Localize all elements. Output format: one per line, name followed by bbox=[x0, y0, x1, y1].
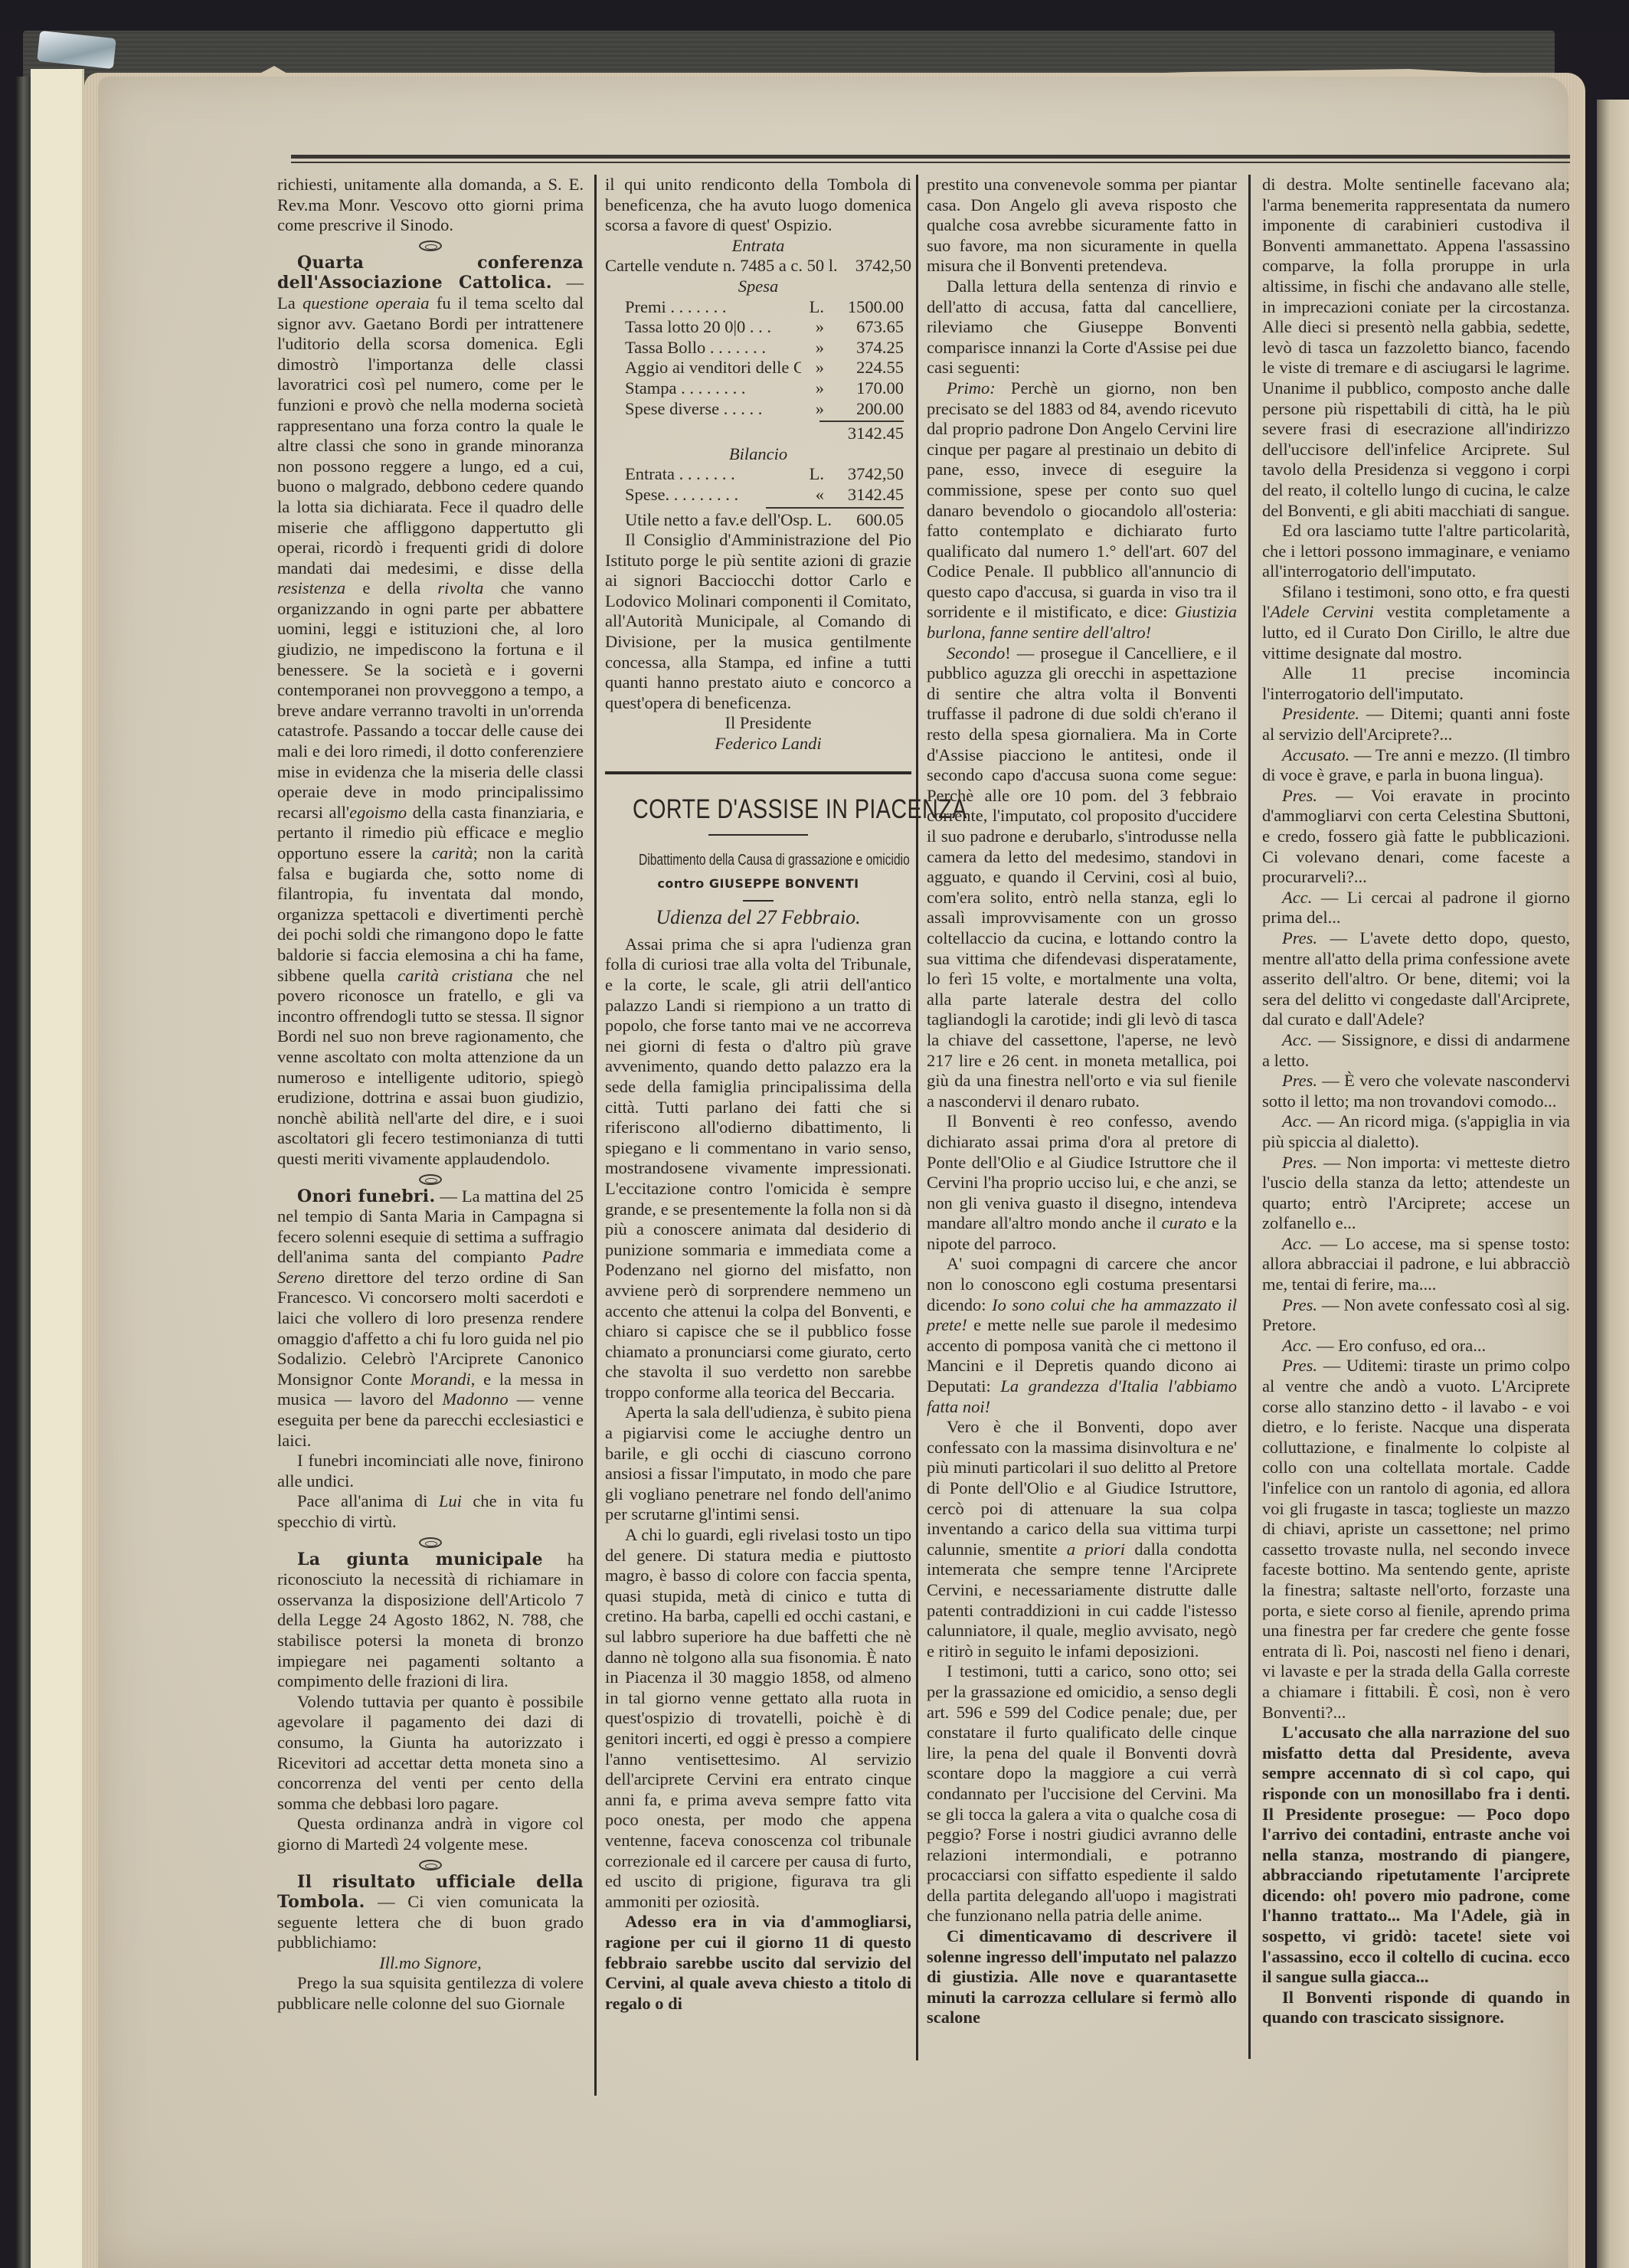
dialogue-line: Acc. — Sissignore, e dissi di andarmene … bbox=[1262, 1030, 1570, 1071]
paragraph: Aperta la sala dell'udienza, è subito pi… bbox=[605, 1402, 911, 1525]
ornament-icon bbox=[419, 1537, 442, 1548]
ledger-label: Cartelle vendute n. 7485 a c. 50 l. bbox=[605, 256, 838, 277]
ledger-currency: » bbox=[801, 378, 824, 399]
section-title: CORTE D'ASSISE IN PIACENZA bbox=[633, 794, 884, 825]
emphasis: Secondo bbox=[947, 643, 1005, 663]
speaker-label: Presidente. bbox=[1282, 704, 1359, 723]
ledger-bilancio-list: Entrata . . . . . . .L.3742,50Spese. . .… bbox=[605, 464, 911, 505]
speaker-label: Acc. bbox=[1282, 1030, 1312, 1049]
column-4: di destra. Molte sentinelle facevano ala… bbox=[1262, 175, 1570, 2028]
ledger-label: Premi . . . . . . . bbox=[625, 297, 801, 318]
emphasis: Adele Cervini bbox=[1270, 602, 1373, 621]
text: Pace all'anima di bbox=[297, 1491, 439, 1510]
ledger-label bbox=[625, 424, 833, 444]
ledger-label: Entrata . . . . . . . bbox=[625, 464, 801, 485]
paragraph: prestito una convenevole somma per piant… bbox=[927, 175, 1237, 277]
emphasis: Madonno bbox=[442, 1389, 508, 1409]
paragraph: il qui unito rendiconto della Tombola di… bbox=[605, 175, 911, 236]
article-headline: Onori funebri. bbox=[297, 1186, 435, 1206]
ledger-label: Stampa . . . . . . . . bbox=[625, 378, 801, 399]
ledger-amount: 3142.45 bbox=[833, 424, 904, 444]
ornament-icon bbox=[419, 1174, 442, 1185]
paragraph: Dalla lettura della sentenza di rinvio e… bbox=[927, 277, 1237, 378]
speaker-label: Acc. bbox=[1282, 1111, 1312, 1131]
emphasis: resistenza bbox=[277, 578, 345, 597]
dialogue-line: Accusato. — Tre anni e mezzo. (Il timbro… bbox=[1262, 745, 1570, 786]
paragraph: Sfilano i testimoni, sono otto, e fra qu… bbox=[1262, 582, 1570, 663]
column-divider bbox=[594, 175, 597, 2096]
ledger-label: Tassa Bollo . . . . . . . bbox=[625, 338, 801, 358]
dialogue-line: Pres. — Voi eravate in procinto d'ammogl… bbox=[1262, 786, 1570, 888]
article-tombola: Il risultato ufficiale della Tombola. — … bbox=[277, 1872, 584, 1953]
ledger-amount: 3742,50 bbox=[833, 464, 904, 485]
ledger-row: Tassa lotto 20 0|0 . . .»673.65 bbox=[605, 317, 911, 338]
ledger-label: Spese diverse . . . . . bbox=[625, 399, 801, 420]
ledger-amount: 200.00 bbox=[833, 399, 904, 420]
paragraph: L'accusato che alla narrazione del suo m… bbox=[1262, 1723, 1570, 1988]
ledger-label: Spese. . . . . . . . . bbox=[625, 485, 801, 506]
ledger-sum-rule bbox=[766, 507, 904, 509]
ledger-row-utile: Utile netto a fav.e dell'Osp. L. 600.05 bbox=[605, 510, 911, 531]
rule-thick bbox=[291, 155, 1570, 159]
ledger-heading-spesa: Spesa bbox=[605, 277, 911, 297]
ledger-amount: 1500.00 bbox=[833, 297, 904, 318]
ledger-amount: 3142.45 bbox=[833, 485, 904, 506]
ledger-currency: » bbox=[801, 317, 824, 338]
text: che vanno organizzando in ogni parte per… bbox=[277, 578, 584, 822]
article-headline: La giunta municipale bbox=[297, 1550, 543, 1569]
dialogue-line: Pres. — L'avete detto dopo, questo, ment… bbox=[1262, 928, 1570, 1030]
ledger-amount: 224.55 bbox=[833, 358, 904, 378]
speaker-label: Pres. bbox=[1282, 1071, 1317, 1090]
rule-thin bbox=[291, 162, 1570, 163]
ledger-currency: L. bbox=[801, 297, 824, 318]
emphasis: Morandi bbox=[411, 1370, 471, 1389]
dialogue-line: Presidente. — Ditemi; quanti anni foste … bbox=[1262, 704, 1570, 745]
paragraph: Ci dimenticavamo di descrivere il solenn… bbox=[927, 1926, 1237, 2028]
dialogue-line: Acc. — An ricord miga. (s'appiglia in vi… bbox=[1262, 1111, 1570, 1152]
ledger-heading-bilancio: Bilancio bbox=[605, 444, 911, 465]
ledger-amount: 170.00 bbox=[833, 378, 904, 399]
paragraph: Alle 11 precise incomincia l'interrogato… bbox=[1262, 663, 1570, 704]
mini-divider bbox=[743, 900, 774, 902]
paragraph: di destra. Molte sentinelle facevano ala… bbox=[1262, 175, 1570, 521]
text: e della bbox=[345, 578, 437, 597]
text: ha riconosciuto la necessità di richiama… bbox=[277, 1550, 584, 1691]
speaker-label: Pres. bbox=[1282, 1295, 1317, 1314]
paragraph: richiesti, unitamente alla domanda, a S.… bbox=[277, 175, 584, 236]
emphasis: egoismo bbox=[349, 803, 407, 822]
text: ; non la carità falsa e bugiarda che, so… bbox=[277, 843, 584, 985]
paragraph: Questa ordinanza andrà in vigore col gio… bbox=[277, 1814, 584, 1854]
ledger-row: Spese. . . . . . . . .«3142.45 bbox=[605, 485, 911, 506]
paragraph: Prego la sua squisita gentilezza di vole… bbox=[277, 1973, 584, 2014]
speaker-label: Pres. bbox=[1282, 786, 1317, 805]
dialogue-text: — Uditemi: tiraste un primo colpo al ven… bbox=[1262, 1356, 1570, 1721]
dialogue-line: Pres. — Non importa: vi metteste dietro … bbox=[1262, 1153, 1570, 1234]
emphasis: carità bbox=[432, 843, 473, 862]
column-divider bbox=[916, 175, 918, 2060]
paragraph: Il Consiglio d'Amministrazione del Pio I… bbox=[605, 530, 911, 713]
article-headline: Quarta conferenza dell'Associazione Catt… bbox=[277, 253, 584, 293]
ledger-currency: « bbox=[801, 485, 824, 506]
text: Vero è che il Bonventi, dopo aver confes… bbox=[927, 1417, 1237, 1559]
paragraph: Vero è che il Bonventi, dopo aver confes… bbox=[927, 1417, 1237, 1661]
ornament-icon bbox=[419, 1860, 442, 1870]
book-spine-edge bbox=[15, 77, 32, 2268]
ledger-row-cartelle: Cartelle vendute n. 7485 a c. 50 l. 3742… bbox=[605, 256, 911, 277]
emphasis: Lui bbox=[439, 1491, 462, 1510]
ledger-row: Spese diverse . . . . .»200.00 bbox=[605, 399, 911, 420]
book-endpaper bbox=[31, 69, 84, 2268]
ledger-currency: L. bbox=[801, 464, 824, 485]
speaker-label: Accusato. bbox=[1282, 745, 1349, 764]
paragraph: Ed ora lasciamo tutte l'altre particolar… bbox=[1262, 521, 1570, 582]
section-subtitle: Dibattimento della Causa di grassazione … bbox=[639, 851, 878, 869]
ledger-label: Aggio ai venditori delle Cart. bbox=[625, 358, 801, 378]
emphasis: Primo: bbox=[947, 378, 996, 398]
emphasis: a priori bbox=[1067, 1540, 1125, 1559]
ledger-row: Stampa . . . . . . . .»170.00 bbox=[605, 378, 911, 399]
paragraph: Secondo! — prosegue il Cancelliere, e il… bbox=[927, 643, 1237, 1112]
ledger-row-total: 3142.45 bbox=[605, 424, 911, 444]
paragraph: I testimoni, tutti a carico, sono otto; … bbox=[927, 1661, 1237, 1926]
ledger-row: Aggio ai venditori delle Cart.»224.55 bbox=[605, 358, 911, 378]
speaker-label: Pres. bbox=[1282, 1153, 1317, 1172]
emphasis: carità cristiana bbox=[397, 966, 513, 985]
emphasis: rivolta bbox=[437, 578, 483, 597]
ledger-amount: 600.05 bbox=[833, 510, 904, 531]
dialogue-line: Pres. — Non avete confessato così al sig… bbox=[1262, 1295, 1570, 1336]
ledger-heading-entrata: Entrata bbox=[605, 236, 911, 257]
dialogue-line: Acc. — Ero confuso, ed ora... bbox=[1262, 1336, 1570, 1357]
scanner-background bbox=[0, 0, 1629, 31]
ledger-row: Premi . . . . . . .L.1500.00 bbox=[605, 297, 911, 318]
ledger-label: Tassa lotto 20 0|0 . . . bbox=[625, 317, 801, 338]
hearing-date: Udienza del 27 Febbraio. bbox=[605, 908, 911, 928]
column-2: il qui unito rendiconto della Tombola di… bbox=[605, 175, 911, 2014]
text: che nel povero riconosce un fratello, e … bbox=[277, 966, 584, 1168]
paragraph: Pace all'anima di Lui che in vita fu spe… bbox=[277, 1491, 584, 1532]
section-divider bbox=[605, 771, 911, 774]
title-underline bbox=[708, 834, 808, 836]
emphasis: questione operaia bbox=[303, 293, 430, 313]
letter-salutation: Ill.mo Signore, bbox=[277, 1953, 584, 1974]
dialogue-text: — Ero confuso, ed ora... bbox=[1312, 1336, 1486, 1355]
masthead-double-rule bbox=[291, 155, 1570, 165]
ledger-row: Entrata . . . . . . .L.3742,50 bbox=[605, 464, 911, 485]
ledger-amount: 673.65 bbox=[833, 317, 904, 338]
ledger-currency: » bbox=[801, 358, 824, 378]
paragraph: Volendo tuttavia per quanto è possibile … bbox=[277, 1692, 584, 1815]
signature-name: Federico Landi bbox=[605, 734, 911, 754]
dialogue-line: Pres. — È vero che volevate nascondervi … bbox=[1262, 1071, 1570, 1111]
article-giunta-municipale: La giunta municipale ha riconosciuto la … bbox=[277, 1550, 584, 1692]
speaker-label: Acc. bbox=[1282, 1336, 1312, 1355]
column-1: richiesti, unitamente alla domanda, a S.… bbox=[277, 175, 584, 2014]
ledger-label: Utile netto a fav.e dell'Osp. L. bbox=[625, 510, 833, 531]
ledger-currency: » bbox=[801, 399, 824, 420]
paragraph: A chi lo guardi, egli rivelasi tosto un … bbox=[605, 1525, 911, 1912]
ledger-amount: 374.25 bbox=[833, 338, 904, 358]
paragraph: Assai prima che si apra l'udienza gran f… bbox=[605, 934, 911, 1403]
ledger-sum-rule bbox=[819, 421, 904, 422]
next-page-edge bbox=[1597, 100, 1629, 2268]
paragraph: Il Bonventi risponde di quando in quando… bbox=[1262, 1988, 1570, 2028]
column-divider bbox=[1248, 175, 1251, 2059]
dialogue-line: Pres. — Uditemi: tiraste un primo colpo … bbox=[1262, 1356, 1570, 1723]
ledger-amount: 3742,50 bbox=[855, 256, 911, 277]
speaker-label: Acc. bbox=[1282, 1234, 1312, 1253]
emphasis: curato bbox=[1162, 1213, 1207, 1232]
dialogue-line: Acc. — Li cercai al padrone il giorno pr… bbox=[1262, 888, 1570, 928]
ornament-icon bbox=[419, 241, 442, 251]
dialogue-line: Acc. — Lo accese, ma si spense tosto: al… bbox=[1262, 1234, 1570, 1295]
signature-title: Il Presidente bbox=[605, 713, 911, 734]
paragraph: Primo: Perchè un giorno, non ben precisa… bbox=[927, 378, 1237, 643]
paragraph: A' suoi compagni di carcere che ancor no… bbox=[927, 1254, 1237, 1417]
text: fu il tema scelto dal signor avv. Gaetan… bbox=[277, 293, 584, 578]
paragraph: Il Bonventi è reo confesso, avendo dichi… bbox=[927, 1111, 1237, 1254]
ledger-currency: » bbox=[801, 338, 824, 358]
article-onori-funebri: Onori funebri. — La mattina del 25 nel t… bbox=[277, 1186, 584, 1451]
text: Perchè un giorno, non ben precisato se d… bbox=[927, 378, 1237, 622]
speaker-label: Acc. bbox=[1282, 888, 1312, 907]
article-conferenza: Quarta conferenza dell'Associazione Catt… bbox=[277, 253, 584, 1170]
paragraph: Adesso era in via d'ammogliarsi, ragione… bbox=[605, 1912, 911, 2014]
column-3: prestito una convenevole somma per piant… bbox=[927, 175, 1237, 2028]
speaker-label: Pres. bbox=[1282, 1356, 1317, 1375]
defendant-line: contro GIUSEPPE BONVENTI bbox=[605, 874, 911, 895]
paragraph: I funebri incominciati alle nove, finiro… bbox=[277, 1451, 584, 1491]
ledger-row: Tassa Bollo . . . . . . .»374.25 bbox=[605, 338, 911, 358]
text: ! — prosegue il Cancelliere, e il pubbli… bbox=[927, 643, 1237, 1111]
speaker-label: Pres. bbox=[1282, 928, 1317, 947]
ledger-spesa-list: Premi . . . . . . .L.1500.00Tassa lotto … bbox=[605, 297, 911, 420]
interrogation-dialogue: Presidente. — Ditemi; quanti anni foste … bbox=[1262, 704, 1570, 1723]
